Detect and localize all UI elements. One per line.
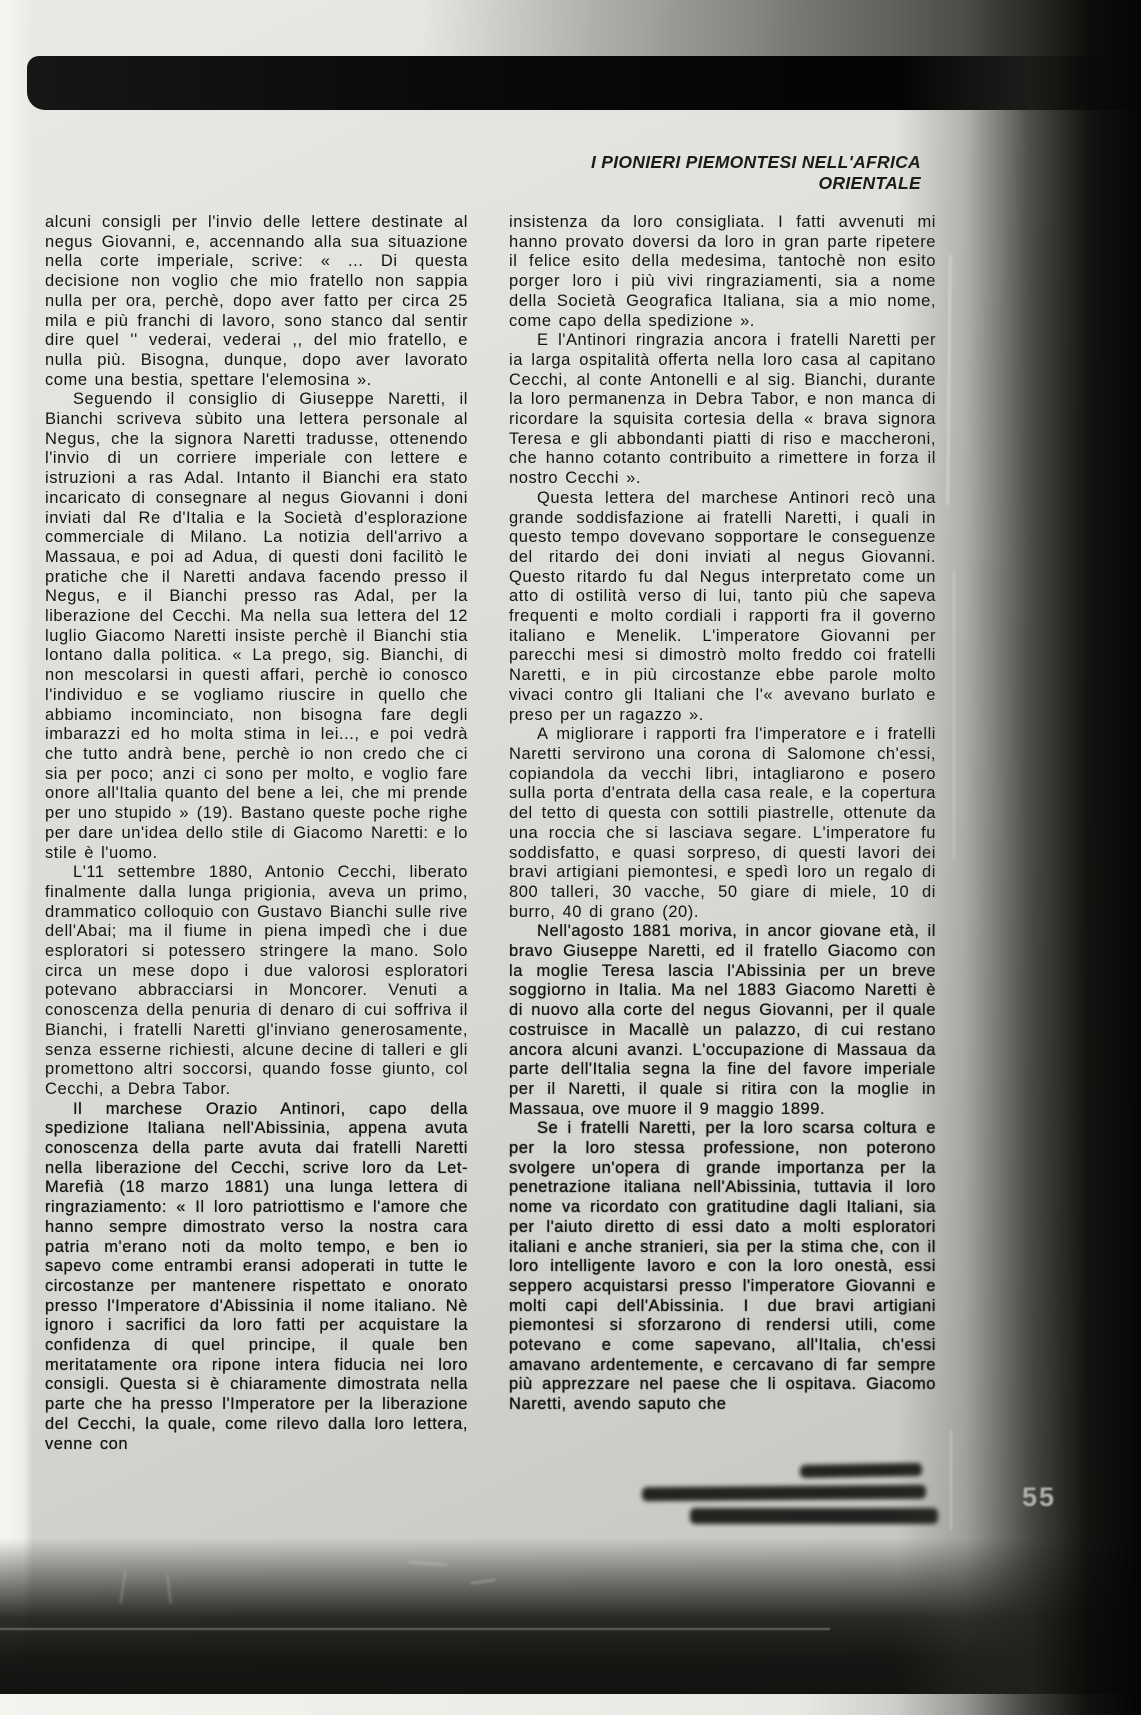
book-gutter-shadow [896,0,1141,1715]
paragraph: Nell'agosto 1881 moriva, in ancor giovan… [509,922,936,1119]
paragraph: Seguendo il consiglio di Giuseppe Narett… [45,390,468,863]
paragraph: insistenza da loro consigliata. I fatti … [509,213,936,331]
paragraph: A migliorare i rapporti fra l'imperatore… [509,725,936,922]
paragraph: Questa lettera del marchese Antinori rec… [509,489,936,725]
paragraph: L'11 settembre 1880, Antonio Cecchi, lib… [45,863,468,1099]
scratch-line [0,1628,830,1630]
paragraph: alcuni consigli per l'invio delle letter… [45,213,468,390]
page-edge-streak [953,570,955,860]
page-edge-streak [947,255,952,505]
scanner-edge-left [0,0,33,1715]
running-header: I PIONIERI PIEMONTESI NELL'AFRICA ORIENT… [509,152,921,194]
page-number: 55 [1022,1482,1056,1513]
page-edge-streak [950,1430,952,1530]
paragraph: Il marchese Orazio Antinori, capo della … [45,1100,468,1455]
paragraph: E l'Antinori ringrazia ancora i fratelli… [509,331,936,489]
right-column: insistenza da loro consigliata. I fatti … [509,213,936,1415]
paragraph: Se i fratelli Naretti, per la loro scars… [509,1119,936,1415]
ink-smear [642,1485,926,1501]
scanned-book-page: I PIONIERI PIEMONTESI NELL'AFRICA ORIENT… [0,0,1141,1715]
left-column: alcuni consigli per l'invio delle letter… [45,213,468,1454]
